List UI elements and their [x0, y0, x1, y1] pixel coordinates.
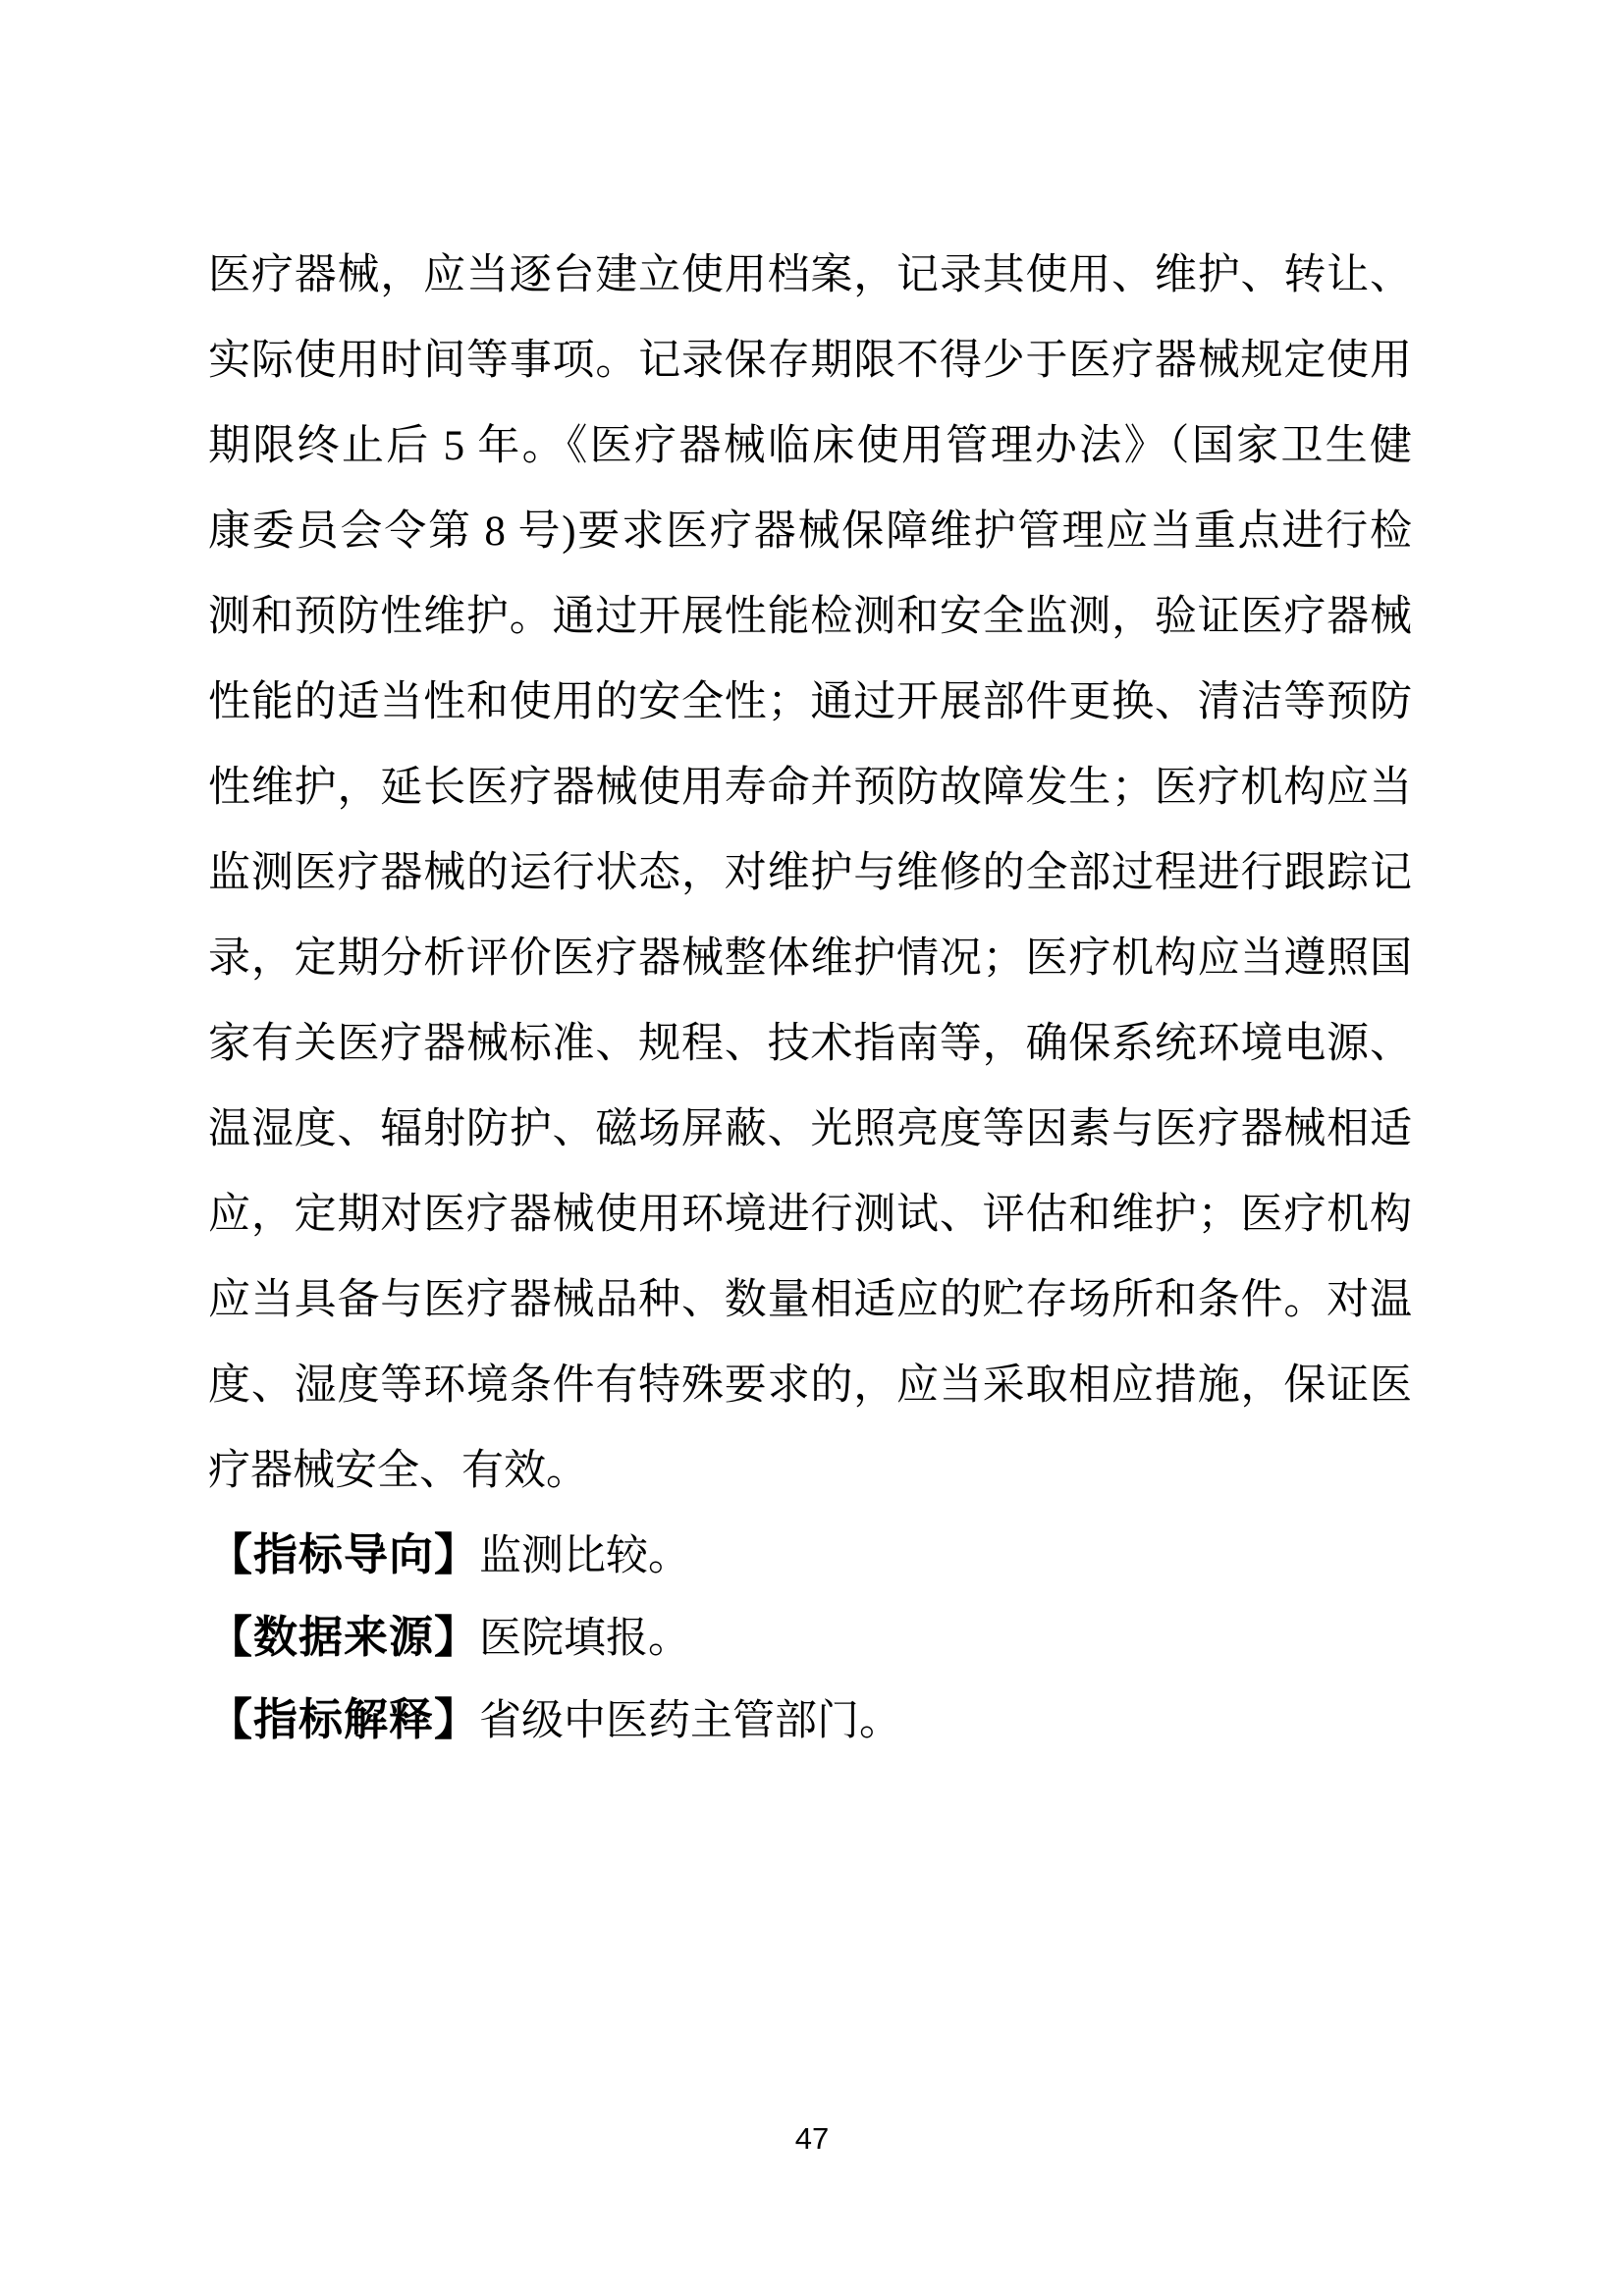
- paragraph-line: 康委员会令第 8 号)要求医疗器械保障维护管理应当重点进行检: [208, 489, 1412, 574]
- paragraph-line: 监测医疗器械的运行状态，对维护与维修的全部过程进行跟踪记: [208, 830, 1412, 916]
- paragraph-line: 医疗器械，应当逐台建立使用档案，记录其使用、维护、转让、: [208, 233, 1412, 318]
- paragraph-line: 实际使用时间等事项。记录保存期限不得少于医疗器械规定使用: [208, 318, 1412, 403]
- paragraph-line: 测和预防性维护。通过开展性能检测和安全监测，验证医疗器械: [208, 574, 1412, 660]
- document-page: 医疗器械，应当逐台建立使用档案，记录其使用、维护、转让、 实际使用时间等事项。记…: [0, 0, 1624, 2296]
- data-source-label: 【数据来源】: [208, 1612, 479, 1662]
- paragraph-line: 期限终止后 5 年。《医疗器械临床使用管理办法》（国家卫生健: [208, 403, 1412, 489]
- page-number: 47: [0, 2120, 1624, 2158]
- indicator-explanation-value: 省级中医药主管部门。: [479, 1698, 901, 1744]
- paragraph-line: 性维护，延长医疗器械使用寿命并预防故障发生；医疗机构应当: [208, 745, 1412, 830]
- data-source-value: 医院填报。: [479, 1616, 690, 1662]
- data-source-line: 【数据来源】医院填报。: [208, 1596, 1412, 1679]
- paragraph-line: 应，定期对医疗器械使用环境进行测试、评估和维护；医疗机构: [208, 1172, 1412, 1257]
- main-text-block: 医疗器械，应当逐台建立使用档案，记录其使用、维护、转让、 实际使用时间等事项。记…: [208, 233, 1412, 1761]
- indicator-orientation-value: 监测比较。: [479, 1533, 690, 1579]
- indicator-orientation-line: 【指标导向】监测比较。: [208, 1514, 1412, 1596]
- paragraph-line: 录，定期分析评价医疗器械整体维护情况；医疗机构应当遵照国: [208, 916, 1412, 1001]
- indicator-explanation-label: 【指标解释】: [208, 1694, 479, 1744]
- paragraph-line-last: 疗器械安全、有效。: [208, 1428, 1412, 1514]
- paragraph-line: 性能的适当性和使用的安全性；通过开展部件更换、清洁等预防: [208, 660, 1412, 745]
- paragraph-line: 温湿度、辐射防护、磁场屏蔽、光照亮度等因素与医疗器械相适: [208, 1087, 1412, 1172]
- paragraph-line: 度、湿度等环境条件有特殊要求的，应当采取相应措施，保证医: [208, 1343, 1412, 1428]
- indicator-orientation-label: 【指标导向】: [208, 1529, 479, 1579]
- paragraph-line: 家有关医疗器械标准、规程、技术指南等，确保系统环境电源、: [208, 1001, 1412, 1087]
- paragraph-line: 应当具备与医疗器械品种、数量相适应的贮存场所和条件。对温: [208, 1257, 1412, 1343]
- indicator-explanation-line: 【指标解释】省级中医药主管部门。: [208, 1679, 1412, 1761]
